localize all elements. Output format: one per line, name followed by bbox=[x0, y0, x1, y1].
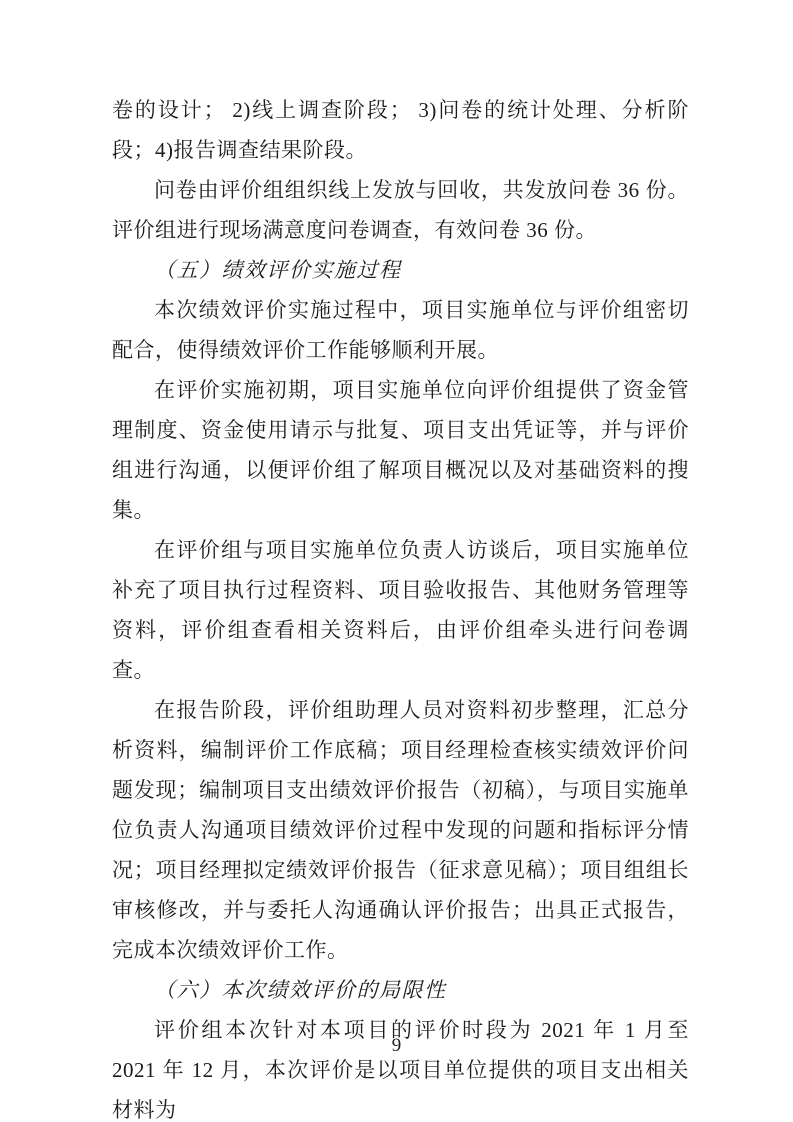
body-paragraph: 问卷由评价组组织线上发放与回收，共发放问卷 36 份。评价组进行现场满意度问卷调… bbox=[112, 170, 689, 250]
document-body: 卷的设计； 2)线上调查阶段； 3)问卷的统计处理、分析阶段；4)报告调查结果阶… bbox=[112, 90, 689, 1122]
page-footer: 9 bbox=[0, 1032, 793, 1060]
page-number: 9 bbox=[392, 1035, 402, 1056]
body-paragraph: 在评价组与项目实施单位负责人访谈后，项目实施单位补充了项目执行过程资料、项目验收… bbox=[112, 530, 689, 690]
body-paragraph: 评价组本次针对本项目的评价时段为 2021 年 1 月至 2021 年 12 月… bbox=[112, 1010, 689, 1122]
body-paragraph: 在评价实施初期，项目实施单位向评价组提供了资金管理制度、资金使用请示与批复、项目… bbox=[112, 370, 689, 530]
section-heading-5: （五）绩效评价实施过程 bbox=[112, 250, 689, 290]
body-paragraph: 在报告阶段，评价组助理人员对资料初步整理，汇总分析资料，编制评价工作底稿；项目经… bbox=[112, 690, 689, 970]
document-page: 卷的设计； 2)线上调查阶段； 3)问卷的统计处理、分析阶段；4)报告调查结果阶… bbox=[0, 0, 793, 1122]
section-heading-6: （六）本次绩效评价的局限性 bbox=[112, 970, 689, 1010]
body-paragraph: 本次绩效评价实施过程中，项目实施单位与评价组密切配合，使得绩效评价工作能够顺利开… bbox=[112, 290, 689, 370]
body-paragraph-continuation: 卷的设计； 2)线上调查阶段； 3)问卷的统计处理、分析阶段；4)报告调查结果阶… bbox=[112, 90, 689, 170]
